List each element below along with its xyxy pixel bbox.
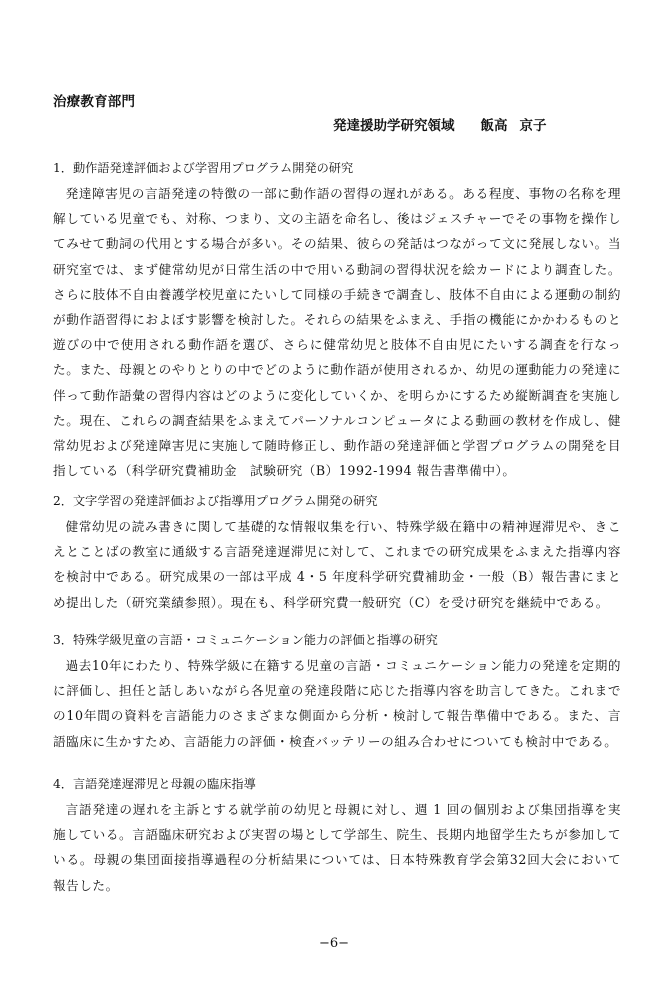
section-body: 健常幼児の読み書きに関して基礎的な情報収集を行い、特殊学級在籍中の精神遅滞児や、… [53,514,621,615]
author-family-name: 飯高 [481,118,508,134]
section-body: 過去10年にわたり、特殊学級に在籍する児童の言語・コミュニケーション能力の発達を… [53,653,621,754]
section-body: 発達障害児の言語発達の特徴の一部に動作語の習得の遅れがある。ある程度、事物の名称… [53,181,621,483]
research-area: 発達援助学研究領域 [333,118,455,134]
section-4: 4．言語発達遅滞児と母親の臨床指導 言語発達の遅れを主訴とする就学前の幼児と母親… [53,772,621,898]
page-number: −6− [0,936,668,951]
author-line: 発達援助学研究領域飯高京子 [333,114,547,134]
section-body: 言語発達の遅れを主訴とする就学前の幼児と母親に対し、週 1 回の個別および集団指… [53,797,621,898]
document-page: 治療教育部門 発達援助学研究領域飯高京子 1．動作語発達評価および学習用プログラ… [0,0,668,1008]
section-1: 1．動作語発達評価および学習用プログラム開発の研究 発達障害児の言語発達の特徴の… [53,156,621,483]
section-title: 3．特殊学級児童の言語・コミュニケーション能力の評価と指導の研究 [53,628,621,653]
section-title: 4．言語発達遅滞児と母親の臨床指導 [53,772,621,797]
author-given-name: 京子 [520,118,547,134]
section-3: 3．特殊学級児童の言語・コミュニケーション能力の評価と指導の研究 過去10年にわ… [53,628,621,754]
section-title: 2．文字学習の発達評価および指導用プログラム開発の研究 [53,489,621,514]
section-title: 1．動作語発達評価および学習用プログラム開発の研究 [53,156,621,181]
section-2: 2．文字学習の発達評価および指導用プログラム開発の研究 健常幼児の読み書きに関し… [53,489,621,615]
department-heading: 治療教育部門 [53,90,135,110]
